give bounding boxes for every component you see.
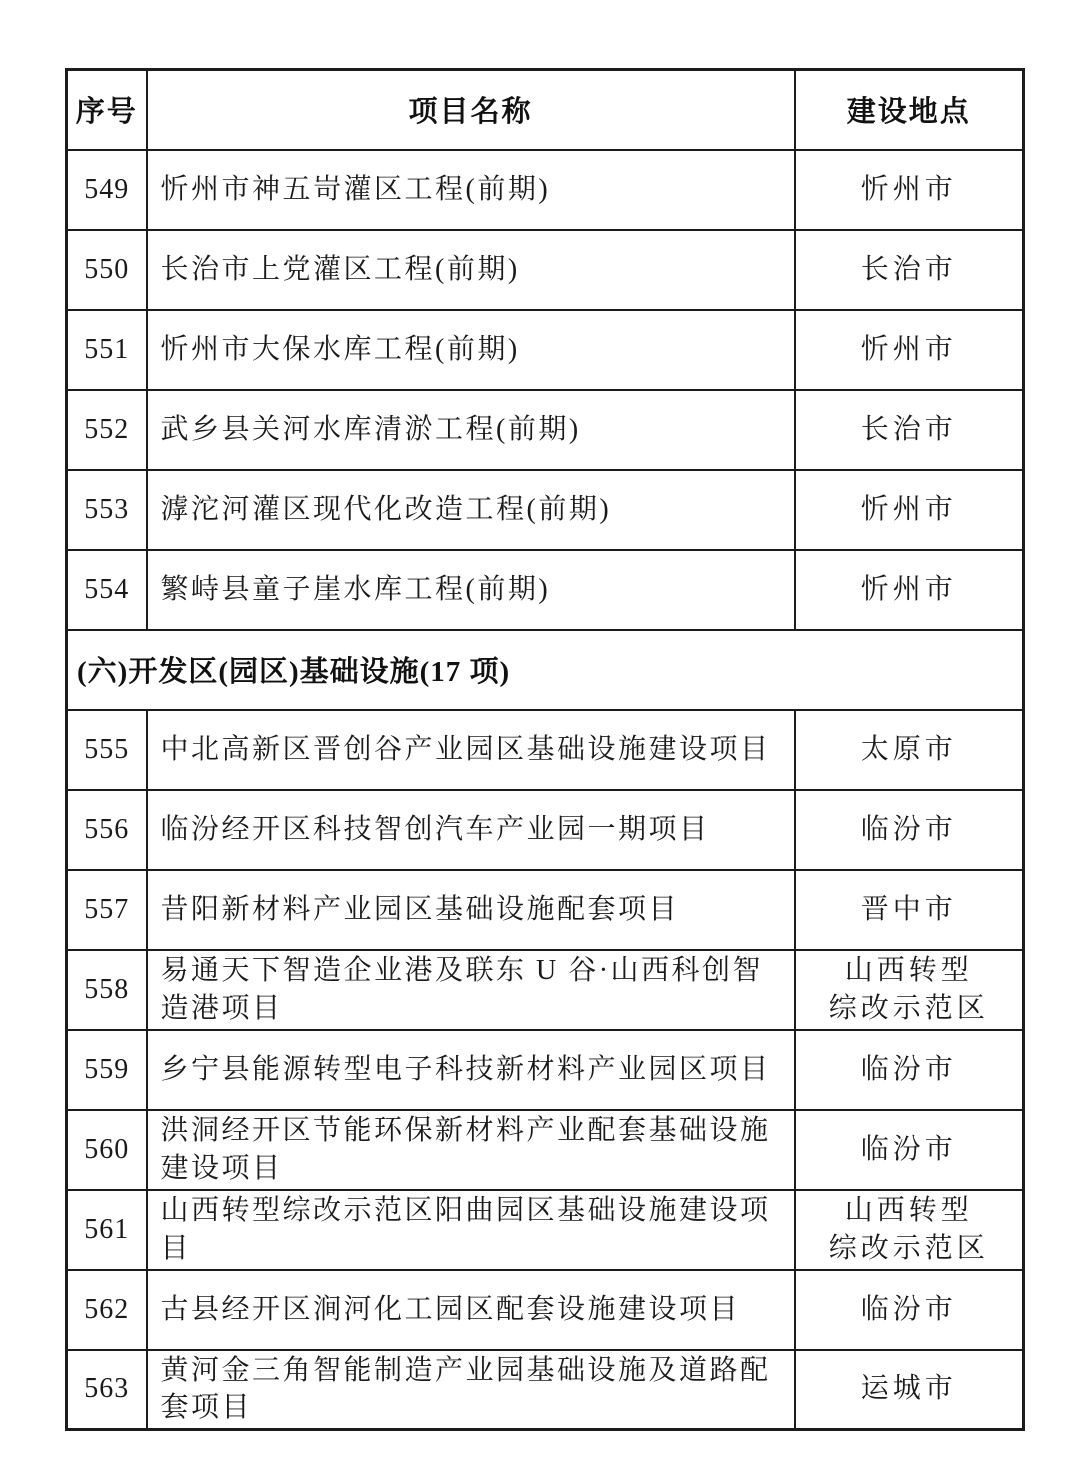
cell-project-name: 易通天下智造企业港及联东 U 谷·山西科创智 造港项目 [147, 950, 795, 1030]
section-row: (六)开发区(园区)基础设施(17 项) [67, 630, 1024, 710]
cell-location: 临汾市 [795, 1110, 1024, 1190]
cell-serial-number: 549 [67, 150, 147, 230]
cell-serial-number: 555 [67, 710, 147, 790]
table-row: 549忻州市神五岢灌区工程(前期)忻州市 [67, 150, 1024, 230]
cell-location: 临汾市 [795, 1030, 1024, 1110]
table-row: 563黄河金三角智能制造产业园基础设施及道路配 套项目运城市 [67, 1350, 1024, 1430]
table-row: 557昔阳新材料产业园区基础设施配套项目晋中市 [67, 870, 1024, 950]
cell-location: 忻州市 [795, 310, 1024, 390]
cell-location: 长治市 [795, 230, 1024, 310]
header-cell-location: 建设地点 [795, 70, 1024, 150]
cell-location: 山西转型 综改示范区 [795, 950, 1024, 1030]
table-row: 559乡宁县能源转型电子科技新材料产业园区项目临汾市 [67, 1030, 1024, 1110]
cell-serial-number: 552 [67, 390, 147, 470]
header-row: 序号 项目名称 建设地点 [67, 70, 1024, 150]
cell-project-name: 中北高新区晋创谷产业园区基础设施建设项目 [147, 710, 795, 790]
cell-project-name: 滹沱河灌区现代化改造工程(前期) [147, 470, 795, 550]
cell-project-name: 临汾经开区科技智创汽车产业园一期项目 [147, 790, 795, 870]
cell-project-name: 忻州市大保水库工程(前期) [147, 310, 795, 390]
table-row: 550长治市上党灌区工程(前期)长治市 [67, 230, 1024, 310]
cell-project-name: 黄河金三角智能制造产业园基础设施及道路配 套项目 [147, 1350, 795, 1430]
table-row: 560洪洞经开区节能环保新材料产业配套基础设施 建设项目临汾市 [67, 1110, 1024, 1190]
document-page: 序号 项目名称 建设地点 549忻州市神五岢灌区工程(前期)忻州市550长治市上… [0, 0, 1080, 1479]
table-row: 561山西转型综改示范区阳曲园区基础设施建设项 目山西转型 综改示范区 [67, 1190, 1024, 1270]
cell-project-name: 洪洞经开区节能环保新材料产业配套基础设施 建设项目 [147, 1110, 795, 1190]
cell-location: 山西转型 综改示范区 [795, 1190, 1024, 1270]
cell-location: 忻州市 [795, 550, 1024, 630]
table-row: 558易通天下智造企业港及联东 U 谷·山西科创智 造港项目山西转型 综改示范区 [67, 950, 1024, 1030]
cell-project-name: 古县经开区涧河化工园区配套设施建设项目 [147, 1270, 795, 1350]
table-body: 549忻州市神五岢灌区工程(前期)忻州市550长治市上党灌区工程(前期)长治市5… [67, 150, 1024, 1430]
header-cell-no: 序号 [67, 70, 147, 150]
table-row: 553滹沱河灌区现代化改造工程(前期)忻州市 [67, 470, 1024, 550]
cell-location: 长治市 [795, 390, 1024, 470]
table-row: 556临汾经开区科技智创汽车产业园一期项目临汾市 [67, 790, 1024, 870]
cell-project-name: 昔阳新材料产业园区基础设施配套项目 [147, 870, 795, 950]
cell-serial-number: 559 [67, 1030, 147, 1110]
project-table: 序号 项目名称 建设地点 549忻州市神五岢灌区工程(前期)忻州市550长治市上… [65, 68, 1025, 1431]
cell-serial-number: 554 [67, 550, 147, 630]
cell-serial-number: 563 [67, 1350, 147, 1430]
cell-location: 临汾市 [795, 790, 1024, 870]
cell-serial-number: 556 [67, 790, 147, 870]
cell-serial-number: 557 [67, 870, 147, 950]
cell-project-name: 繁峙县童子崖水库工程(前期) [147, 550, 795, 630]
cell-project-name: 长治市上党灌区工程(前期) [147, 230, 795, 310]
table-header: 序号 项目名称 建设地点 [67, 70, 1024, 150]
table-row: 552武乡县关河水库清淤工程(前期)长治市 [67, 390, 1024, 470]
cell-project-name: 乡宁县能源转型电子科技新材料产业园区项目 [147, 1030, 795, 1110]
cell-project-name: 忻州市神五岢灌区工程(前期) [147, 150, 795, 230]
cell-serial-number: 553 [67, 470, 147, 550]
cell-serial-number: 551 [67, 310, 147, 390]
cell-location: 太原市 [795, 710, 1024, 790]
cell-serial-number: 561 [67, 1190, 147, 1270]
cell-serial-number: 560 [67, 1110, 147, 1190]
table-row: 554繁峙县童子崖水库工程(前期)忻州市 [67, 550, 1024, 630]
cell-location: 运城市 [795, 1350, 1024, 1430]
table-row: 551忻州市大保水库工程(前期)忻州市 [67, 310, 1024, 390]
cell-serial-number: 550 [67, 230, 147, 310]
cell-serial-number: 558 [67, 950, 147, 1030]
cell-serial-number: 562 [67, 1270, 147, 1350]
cell-location: 忻州市 [795, 470, 1024, 550]
section-title: (六)开发区(园区)基础设施(17 项) [67, 630, 1024, 710]
cell-location: 晋中市 [795, 870, 1024, 950]
table-row: 555中北高新区晋创谷产业园区基础设施建设项目太原市 [67, 710, 1024, 790]
cell-location: 忻州市 [795, 150, 1024, 230]
cell-project-name: 武乡县关河水库清淤工程(前期) [147, 390, 795, 470]
cell-project-name: 山西转型综改示范区阳曲园区基础设施建设项 目 [147, 1190, 795, 1270]
header-cell-project-name: 项目名称 [147, 70, 795, 150]
cell-location: 临汾市 [795, 1270, 1024, 1350]
table-row: 562古县经开区涧河化工园区配套设施建设项目临汾市 [67, 1270, 1024, 1350]
